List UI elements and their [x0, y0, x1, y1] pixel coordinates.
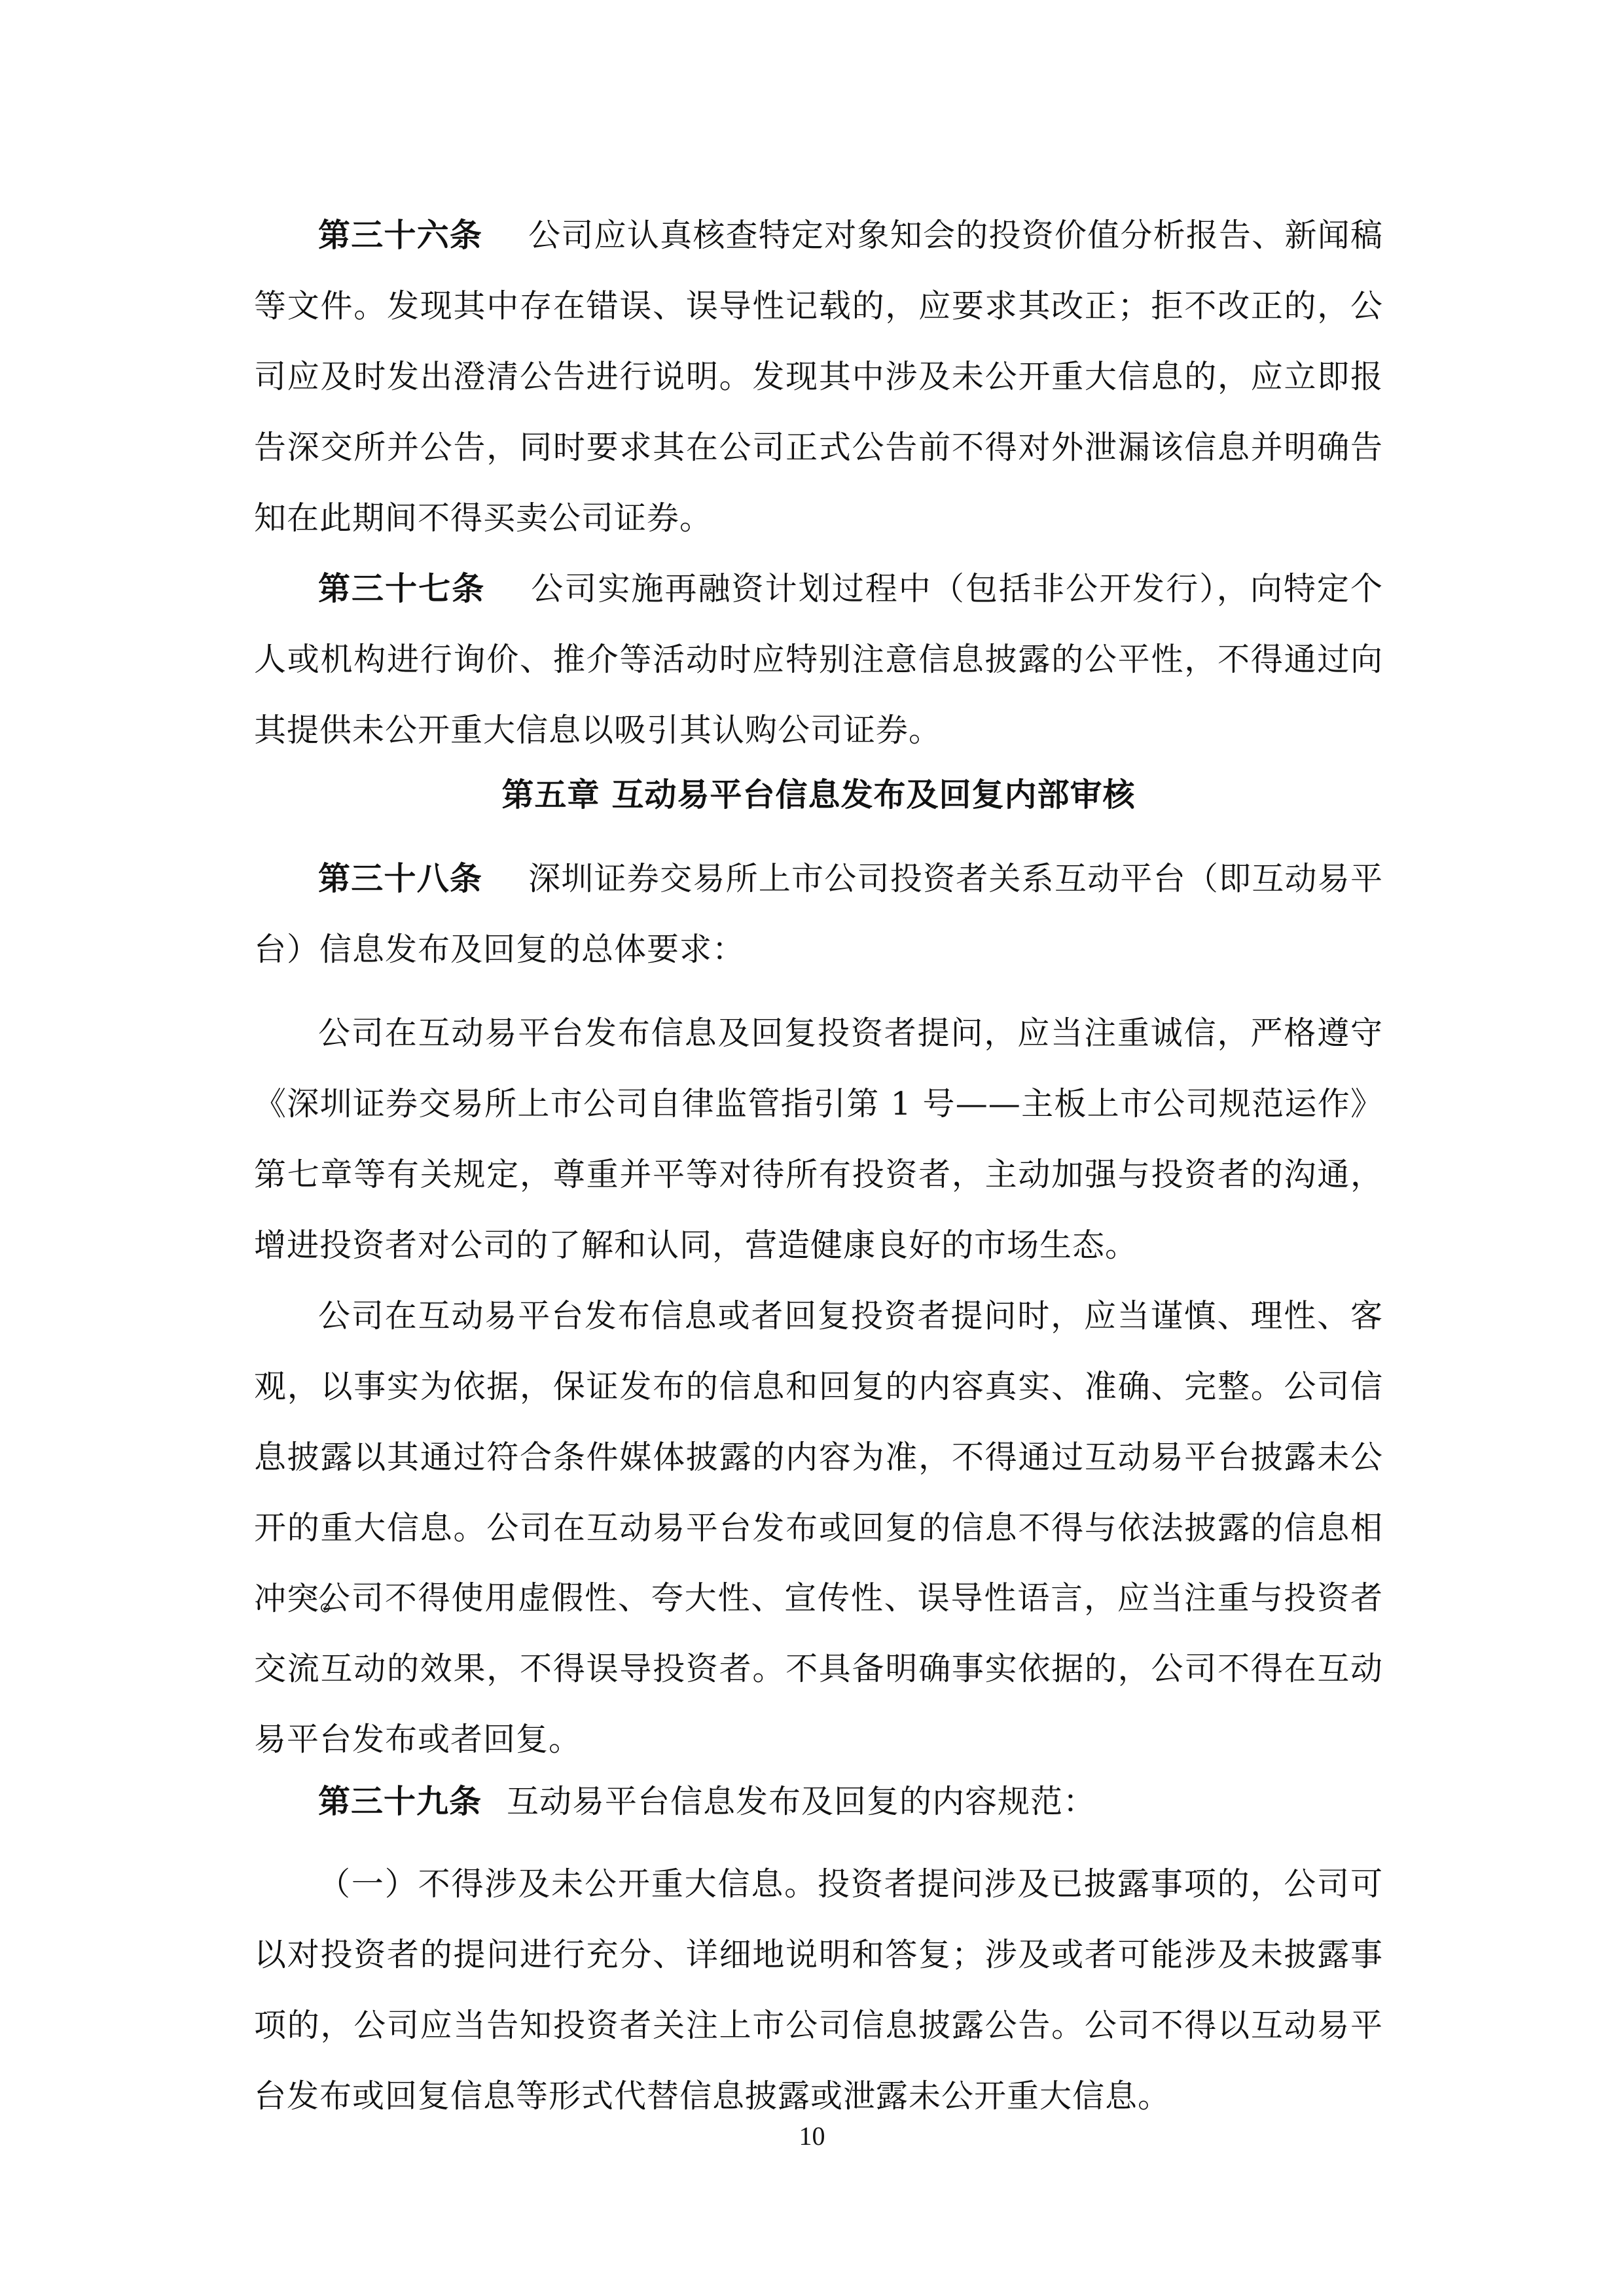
paragraph: 公司不得使用虚假性、夸大性、宣传性、误导性语言，应当注重与投资者交流互动的效果，…	[254, 1563, 1383, 1775]
article-label: 第三十八条	[318, 859, 482, 897]
article-37: 第三十七条公司实施再融资计划过程中（包括非公开发行），向特定个人或机构进行询价、…	[254, 553, 1383, 766]
document-page: 第三十六条公司应认真核查特定对象知会的投资价值分析报告、新闻稿等文件。发现其中存…	[0, 0, 1624, 2296]
article-text: 互动易平台信息发布及回复的内容规范：	[507, 1783, 1096, 1820]
article-36: 第三十六条公司应认真核查特定对象知会的投资价值分析报告、新闻稿等文件。发现其中存…	[254, 200, 1383, 554]
article-39: 第三十九条互动易平台信息发布及回复的内容规范：	[254, 1766, 1383, 1837]
article-label: 第三十六条	[318, 216, 482, 254]
article-38: 第三十八条深圳证券交易所上市公司投资者关系互动平台（即互动易平台）信息发布及回复…	[254, 843, 1383, 985]
paragraph: 公司在互动易平台发布信息及回复投资者提问，应当注重诚信，严格遵守《深圳证券交易所…	[254, 998, 1383, 1281]
article-label: 第三十七条	[318, 569, 485, 607]
article-text: 公司应认真核查特定对象知会的投资价值分析报告、新闻稿等文件。发现其中存在错误、误…	[254, 217, 1383, 537]
paragraph: （一）不得涉及未公开重大信息。投资者提问涉及已披露事项的，公司可以对投资者的提问…	[254, 1849, 1383, 2132]
article-label: 第三十九条	[318, 1782, 482, 1820]
page-number: 10	[0, 2121, 1624, 2151]
chapter-heading: 第五章 互动易平台信息发布及回复内部审核	[254, 759, 1383, 830]
